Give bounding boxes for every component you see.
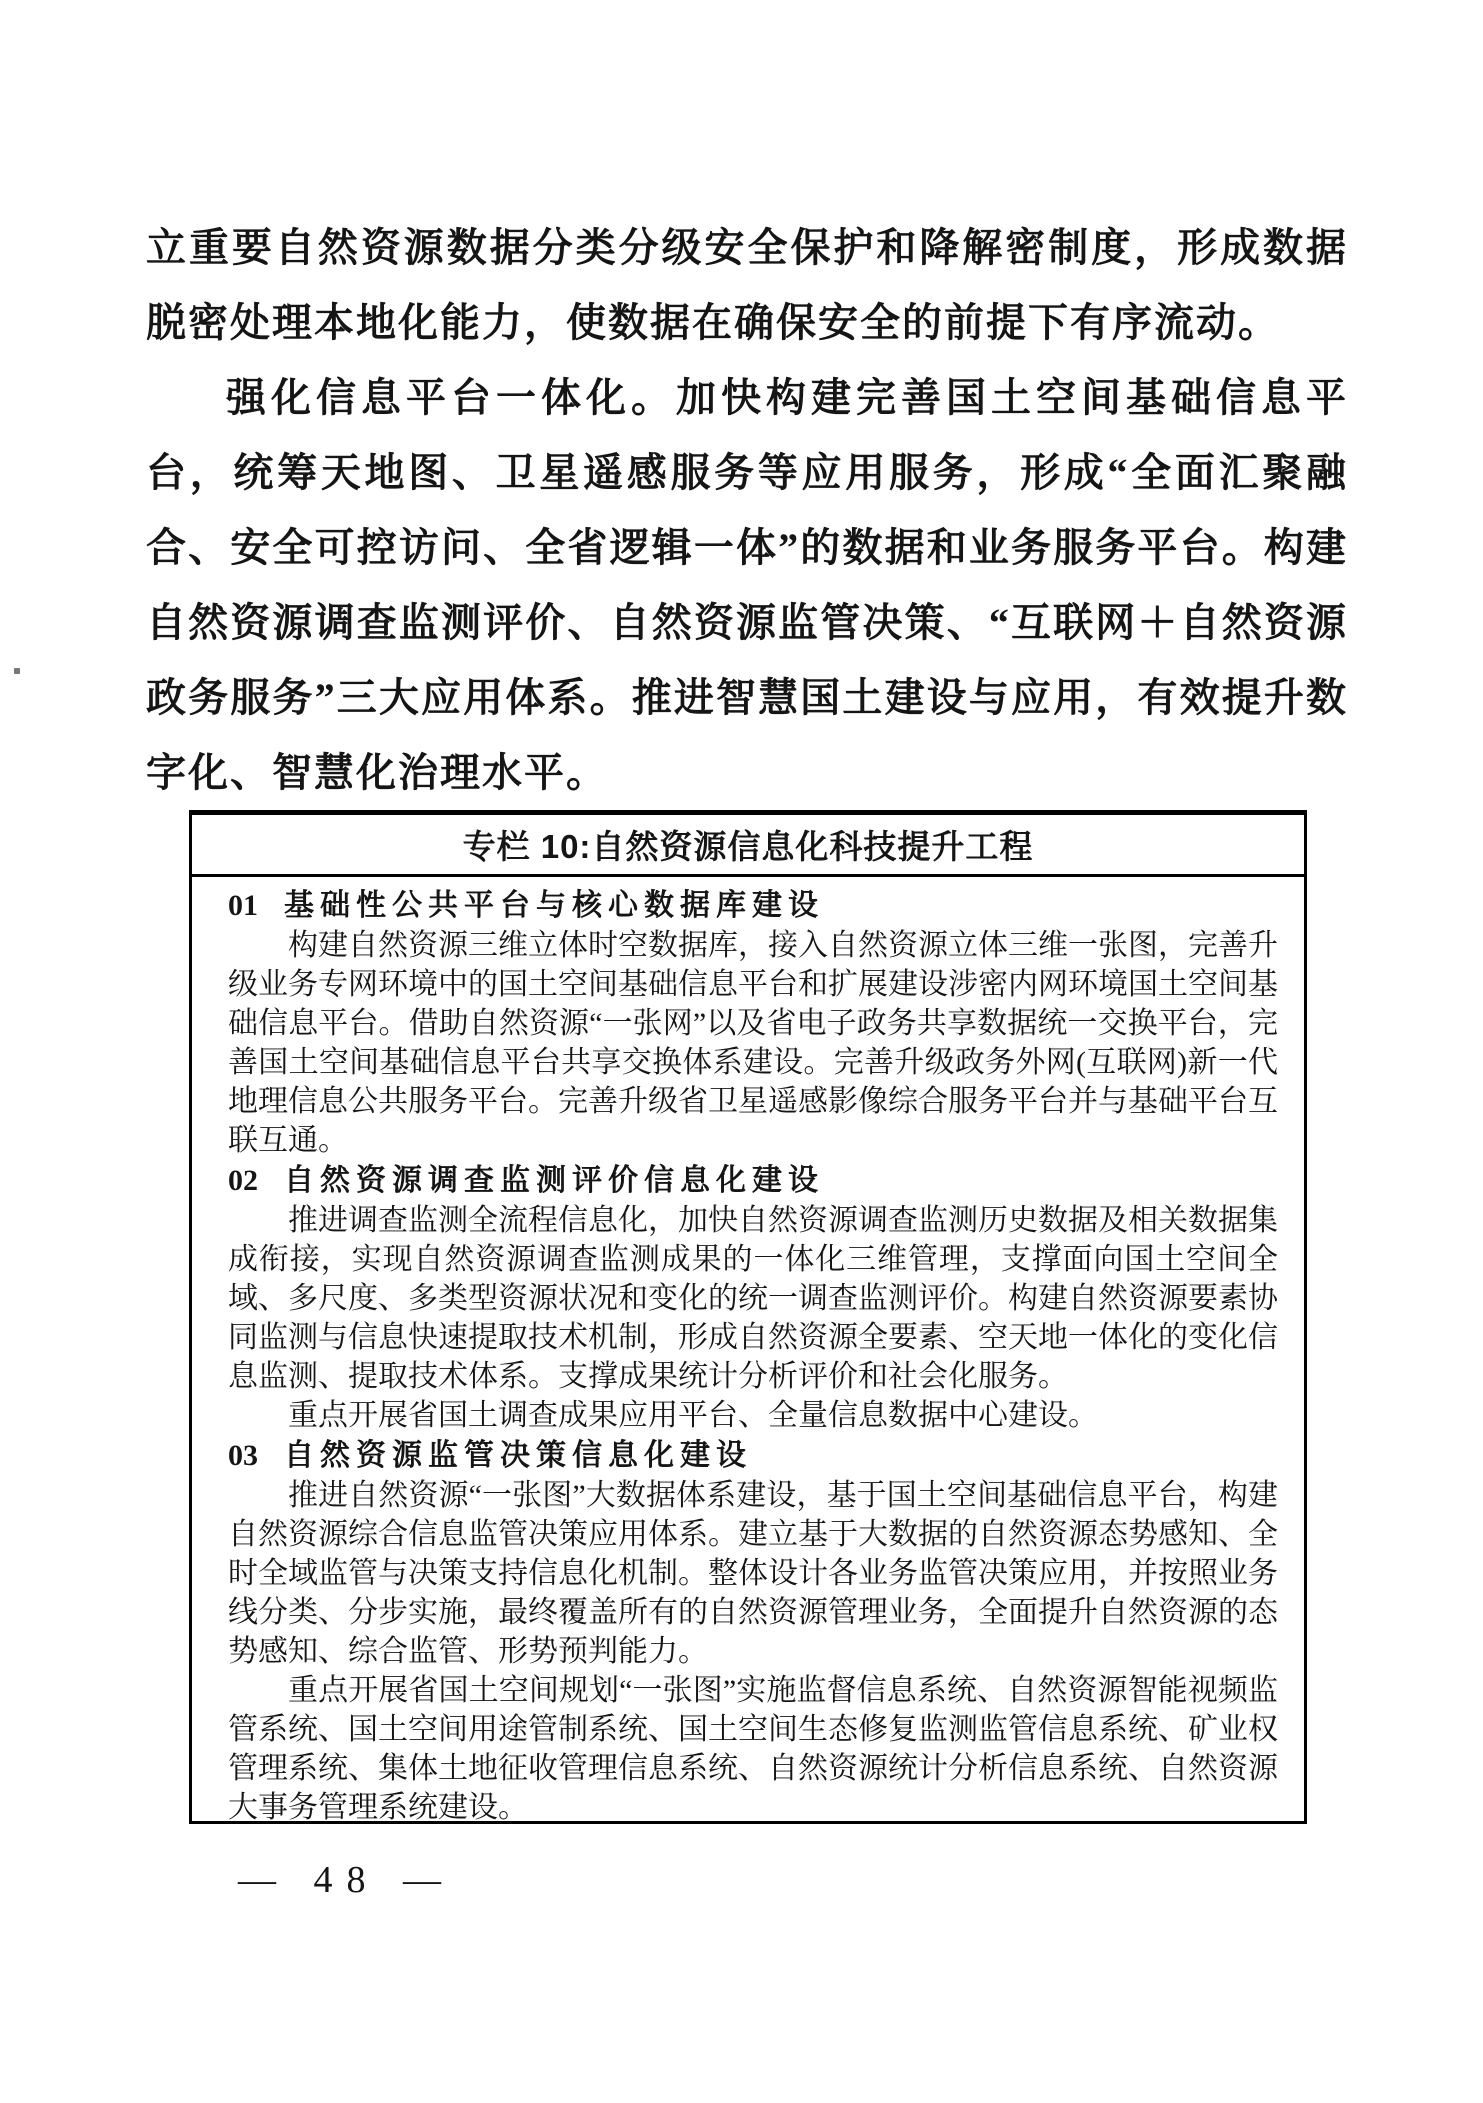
page-number: — 48 — — [238, 1858, 455, 1902]
section-02-number: 02 — [228, 1164, 258, 1197]
section-01-number: 01 — [228, 889, 258, 922]
document-page: 立重要自然资源数据分类分级安全保护和降解密制度，形成数据脱密处理本地化能力，使数… — [0, 0, 1483, 2103]
scan-artifact-dot — [14, 668, 20, 674]
section-02-heading-text: 自然资源调查监测评价信息化建设 — [284, 1164, 824, 1197]
section-01-heading-text: 基础性公共平台与核心数据库建设 — [284, 889, 824, 922]
section-02-paragraph-2: 重点开展省国土调查成果应用平台、全量信息数据中心建设。 — [228, 1396, 1278, 1435]
column-10-box-content: 01基础性公共平台与核心数据库建设 构建自然资源三维立体时空数据库，接入自然资源… — [192, 877, 1304, 1824]
column-10-box: 专栏 10:自然资源信息化科技提升工程 01基础性公共平台与核心数据库建设 构建… — [189, 810, 1307, 1824]
section-02-heading: 02自然资源调查监测评价信息化建设 — [228, 1160, 1278, 1201]
section-02-paragraph-1: 推进调查监测全流程信息化，加快自然资源调查监测历史数据及相关数据集成衔接，实现自… — [228, 1201, 1278, 1396]
section-01-paragraph: 构建自然资源三维立体时空数据库，接入自然资源立体三维一张图，完善升级业务专网环境… — [228, 926, 1278, 1160]
section-03-number: 03 — [228, 1439, 258, 1472]
body-text: 立重要自然资源数据分类分级安全保护和降解密制度，形成数据脱密处理本地化能力，使数… — [146, 210, 1348, 810]
section-03-heading: 03自然资源监管决策信息化建设 — [228, 1435, 1278, 1476]
column-10-box-title: 专栏 10:自然资源信息化科技提升工程 — [192, 815, 1304, 877]
section-03-heading-text: 自然资源监管决策信息化建设 — [284, 1439, 752, 1472]
paragraph-platform-integration: 强化信息平台一体化。加快构建完善国土空间基础信息平台，统筹天地图、卫星遥感服务等… — [146, 360, 1348, 810]
section-01-heading: 01基础性公共平台与核心数据库建设 — [228, 885, 1278, 926]
section-03-paragraph-1: 推进自然资源“一张图”大数据体系建设，基于国土空间基础信息平台，构建自然资源综合… — [228, 1476, 1278, 1671]
section-03-paragraph-2: 重点开展省国土空间规划“一张图”实施监督信息系统、自然资源智能视频监管系统、国土… — [228, 1671, 1278, 1824]
paragraph-continuation: 立重要自然资源数据分类分级安全保护和降解密制度，形成数据脱密处理本地化能力，使数… — [146, 210, 1348, 360]
